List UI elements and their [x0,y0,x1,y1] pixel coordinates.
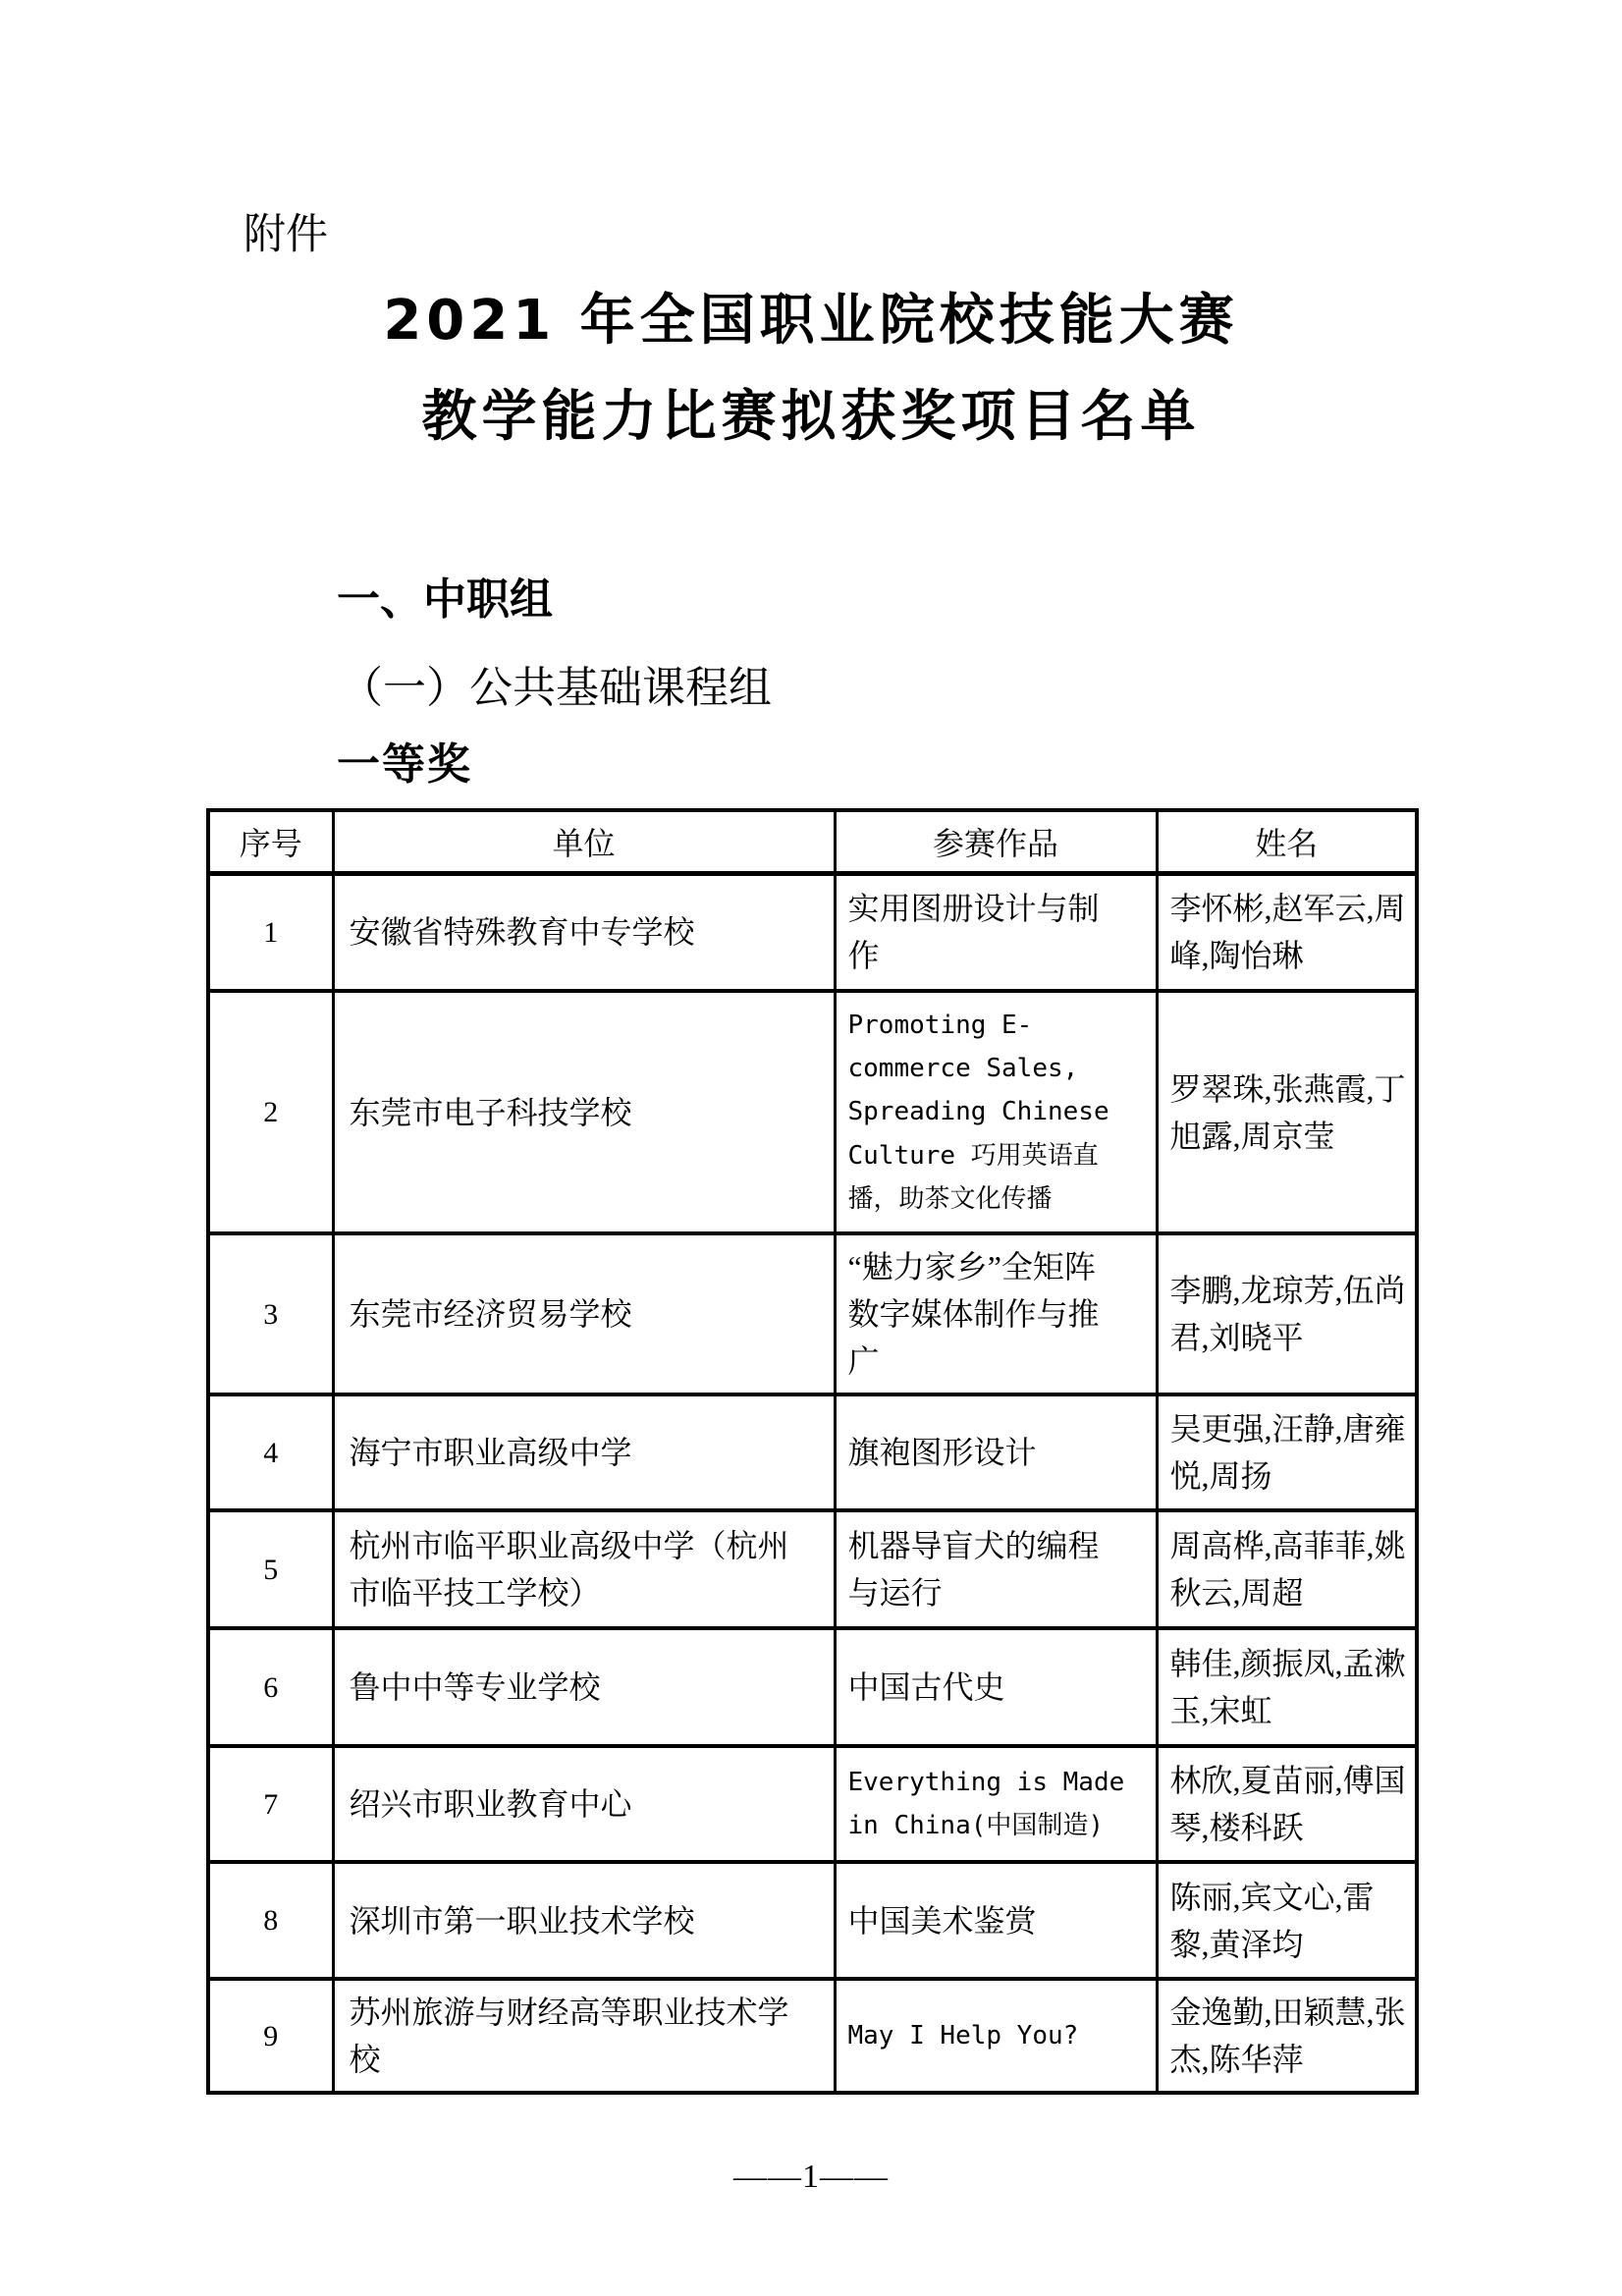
awards-table: 序号 单位 参赛作品 姓名 1 安徽省特殊教育中专学校 实用图册设计与制作 李怀… [206,808,1419,2095]
column-header-work: 参赛作品 [835,810,1157,873]
work-cell: “魅力家乡”全矩阵数字媒体制作与推广 [835,1233,1157,1394]
work-cell: 中国古代史 [835,1628,1157,1746]
column-header-seq: 序号 [208,810,333,873]
work-cell: May I Help You? [835,1979,1157,2093]
document-page: 附件 2021 年全国职业院校技能大赛 教学能力比赛拟获奖项目名单 一、中职组 … [0,0,1622,2296]
work-cell: 实用图册设计与制作 [835,873,1157,991]
document-title: 2021 年全国职业院校技能大赛 教学能力比赛拟获奖项目名单 [0,291,1622,447]
names-cell: 林欣,夏苗丽,傅国琴,楼科跃 [1157,1746,1417,1862]
names-cell: 罗翠珠,张燕霞,丁旭露,周京莹 [1157,991,1417,1233]
table-row: 2 东莞市电子科技学校 Promoting E-commerce Sales, … [208,991,1417,1233]
column-header-unit: 单位 [333,810,835,873]
table-row: 1 安徽省特殊教育中专学校 实用图册设计与制作 李怀彬,赵军云,周峰,陶怡琳 [208,873,1417,991]
table-row: 5 杭州市临平职业高级中学（杭州市临平技工学校） 机器导盲犬的编程与运行 周高桦… [208,1510,1417,1628]
title-line-1: 2021 年全国职业院校技能大赛 [0,291,1622,352]
unit-cell: 东莞市经济贸易学校 [333,1233,835,1394]
unit-cell: 安徽省特殊教育中专学校 [333,873,835,991]
names-cell: 李怀彬,赵军云,周峰,陶怡琳 [1157,873,1417,991]
unit-cell: 海宁市职业高级中学 [333,1394,835,1510]
seq-cell: 6 [208,1628,333,1746]
names-cell: 李鹏,龙琼芳,伍尚君,刘晓平 [1157,1233,1417,1394]
table-row: 4 海宁市职业高级中学 旗袍图形设计 吴更强,汪静,唐雍悦,周扬 [208,1394,1417,1510]
seq-cell: 2 [208,991,333,1233]
unit-cell: 绍兴市职业教育中心 [333,1746,835,1862]
work-cell: Promoting E-commerce Sales, Spreading Ch… [835,991,1157,1233]
attachment-label: 附件 [243,212,328,258]
unit-cell: 鲁中中等专业学校 [333,1628,835,1746]
table-row: 8 深圳市第一职业技术学校 中国美术鉴赏 陈丽,宾文心,雷黎,黄泽均 [208,1862,1417,1979]
seq-cell: 7 [208,1746,333,1862]
title-line-2: 教学能力比赛拟获奖项目名单 [0,387,1622,448]
unit-cell: 东莞市电子科技学校 [333,991,835,1233]
column-header-names: 姓名 [1157,810,1417,873]
names-cell: 金逸勤,田颖慧,张杰,陈华萍 [1157,1979,1417,2093]
seq-cell: 5 [208,1510,333,1628]
table-row: 7 绍兴市职业教育中心 Everything is Made in China(… [208,1746,1417,1862]
work-cell: 机器导盲犬的编程与运行 [835,1510,1157,1628]
names-cell: 陈丽,宾文心,雷黎,黄泽均 [1157,1862,1417,1979]
table-row: 9 苏州旅游与财经高等职业技术学校 May I Help You? 金逸勤,田颖… [208,1979,1417,2093]
work-cell: 旗袍图形设计 [835,1394,1157,1510]
work-cell: 中国美术鉴赏 [835,1862,1157,1979]
section-heading-subgroup: （一）公共基础课程组 [340,652,772,715]
unit-cell: 杭州市临平职业高级中学（杭州市临平技工学校） [333,1510,835,1628]
names-cell: 吴更强,汪静,唐雍悦,周扬 [1157,1394,1417,1510]
seq-cell: 8 [208,1862,333,1979]
seq-cell: 3 [208,1233,333,1394]
work-cell: Everything is Made in China(中国制造) [835,1746,1157,1862]
unit-cell: 深圳市第一职业技术学校 [333,1862,835,1979]
names-cell: 韩佳,颜振凤,孟漱玉,宋虹 [1157,1628,1417,1746]
names-cell: 周高桦,高菲菲,姚秋云,周超 [1157,1510,1417,1628]
unit-cell: 苏州旅游与财经高等职业技术学校 [333,1979,835,2093]
table-header-row: 序号 单位 参赛作品 姓名 [208,810,1417,873]
table-row: 3 东莞市经济贸易学校 “魅力家乡”全矩阵数字媒体制作与推广 李鹏,龙琼芳,伍尚… [208,1233,1417,1394]
section-heading-award-level: 一等奖 [337,729,472,792]
table-row: 6 鲁中中等专业学校 中国古代史 韩佳,颜振凤,孟漱玉,宋虹 [208,1628,1417,1746]
seq-cell: 4 [208,1394,333,1510]
page-number: ——1—— [0,2159,1622,2196]
section-heading-group: 一、中职组 [337,564,553,627]
seq-cell: 9 [208,1979,333,2093]
seq-cell: 1 [208,873,333,991]
